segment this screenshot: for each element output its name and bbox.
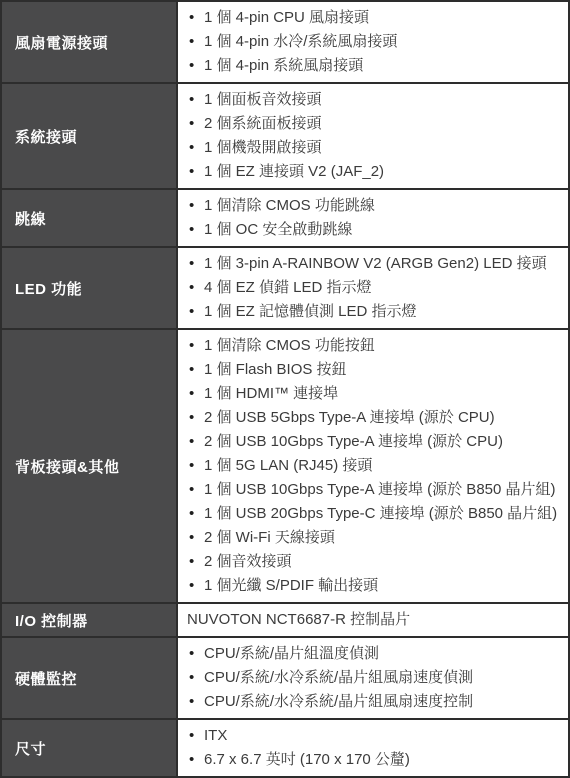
spec-row: 系統接頭•1 個面板音效接頭•2 個系統面板接頭•1 個機殼開啟接頭•1 個 E… — [1, 83, 569, 189]
spec-item: •CPU/系統/水冷系統/晶片組風扇速度控制 — [178, 690, 560, 714]
spec-item-text: 6.7 x 6.7 英吋 (170 x 170 公釐) — [204, 751, 410, 768]
spec-item: •1 個 4-pin 系統風扇接頭 — [178, 54, 560, 78]
spec-item-text: 1 個 Flash BIOS 按鈕 — [204, 361, 347, 378]
spec-item-list: •CPU/系統/晶片組溫度偵測•CPU/系統/水冷系統/晶片組風扇速度偵測•CP… — [178, 642, 560, 714]
bullet-icon: • — [189, 478, 194, 502]
spec-item-text: 2 個 USB 10Gbps Type-A 連接埠 (源於 CPU) — [204, 433, 503, 450]
bullet-icon: • — [189, 430, 194, 454]
spec-item: •1 個 USB 20Gbps Type-C 連接埠 (源於 B850 晶片組) — [178, 502, 560, 526]
spec-item: •1 個面板音效接頭 — [178, 88, 560, 112]
spec-item-text: 1 個光纖 S/PDIF 輸出接頭 — [204, 577, 378, 594]
spec-item-text: 1 個 OC 安全啟動跳線 — [204, 221, 352, 238]
bullet-icon: • — [189, 334, 194, 358]
spec-item-list: •ITX•6.7 x 6.7 英吋 (170 x 170 公釐) — [178, 724, 560, 772]
bullet-icon: • — [189, 406, 194, 430]
spec-item-text: 1 個 HDMI™ 連接埠 — [204, 385, 338, 402]
bullet-icon: • — [189, 358, 194, 382]
spec-row-label: 背板接頭&其他 — [1, 329, 177, 603]
bullet-icon: • — [189, 300, 194, 324]
spec-item-list: •1 個清除 CMOS 功能按鈕•1 個 Flash BIOS 按鈕•1 個 H… — [178, 334, 560, 598]
spec-item: •2 個音效接頭 — [178, 550, 560, 574]
spec-row-label: 硬體監控 — [1, 637, 177, 719]
spec-item-text: 2 個 Wi-Fi 天線接頭 — [204, 529, 335, 546]
spec-item: •2 個 Wi-Fi 天線接頭 — [178, 526, 560, 550]
bullet-icon: • — [189, 724, 194, 748]
spec-row: 跳線•1 個清除 CMOS 功能跳線•1 個 OC 安全啟動跳線 — [1, 189, 569, 247]
spec-row: 風扇電源接頭•1 個 4-pin CPU 風扇接頭•1 個 4-pin 水冷/系… — [1, 1, 569, 83]
spec-row-values: •1 個清除 CMOS 功能跳線•1 個 OC 安全啟動跳線 — [177, 189, 569, 247]
spec-row-values: •1 個 3-pin A-RAINBOW V2 (ARGB Gen2) LED … — [177, 247, 569, 329]
bullet-icon: • — [189, 502, 194, 526]
spec-row-values: •CPU/系統/晶片組溫度偵測•CPU/系統/水冷系統/晶片組風扇速度偵測•CP… — [177, 637, 569, 719]
bullet-icon: • — [189, 194, 194, 218]
spec-item-text: 4 個 EZ 偵錯 LED 指示燈 — [204, 279, 372, 296]
spec-item: •1 個機殼開啟接頭 — [178, 136, 560, 160]
spec-item-text: 1 個 EZ 連接頭 V2 (JAF_2) — [204, 163, 384, 180]
spec-row: 背板接頭&其他•1 個清除 CMOS 功能按鈕•1 個 Flash BIOS 按… — [1, 329, 569, 603]
spec-item-text: 2 個 USB 5Gbps Type-A 連接埠 (源於 CPU) — [204, 409, 495, 426]
spec-item-text: 1 個 USB 10Gbps Type-A 連接埠 (源於 B850 晶片組) — [204, 481, 556, 498]
spec-item: •1 個 HDMI™ 連接埠 — [178, 382, 560, 406]
spec-row-values: •1 個 4-pin CPU 風扇接頭•1 個 4-pin 水冷/系統風扇接頭•… — [177, 1, 569, 83]
spec-row-label: LED 功能 — [1, 247, 177, 329]
spec-row: I/O 控制器NUVOTON NCT6687-R 控制晶片 — [1, 603, 569, 637]
spec-item: •1 個 5G LAN (RJ45) 接頭 — [178, 454, 560, 478]
bullet-icon: • — [189, 276, 194, 300]
spec-item: •2 個系統面板接頭 — [178, 112, 560, 136]
bullet-icon: • — [189, 690, 194, 714]
spec-row-label: I/O 控制器 — [1, 603, 177, 637]
bullet-icon: • — [189, 112, 194, 136]
spec-row-values: •1 個清除 CMOS 功能按鈕•1 個 Flash BIOS 按鈕•1 個 H… — [177, 329, 569, 603]
spec-item-text: 2 個系統面板接頭 — [204, 115, 322, 132]
spec-item: •1 個 EZ 連接頭 V2 (JAF_2) — [178, 160, 560, 184]
spec-item: •1 個清除 CMOS 功能按鈕 — [178, 334, 560, 358]
spec-item-text: CPU/系統/晶片組溫度偵測 — [204, 645, 379, 662]
spec-row-values: •ITX•6.7 x 6.7 英吋 (170 x 170 公釐) — [177, 719, 569, 777]
spec-item-text: CPU/系統/水冷系統/晶片組風扇速度偵測 — [204, 669, 473, 686]
spec-item-text: 1 個 4-pin 系統風扇接頭 — [204, 57, 363, 74]
spec-item-list: •1 個清除 CMOS 功能跳線•1 個 OC 安全啟動跳線 — [178, 194, 560, 242]
bullet-icon: • — [189, 30, 194, 54]
spec-item: •ITX — [178, 724, 560, 748]
spec-item-text: 1 個 4-pin CPU 風扇接頭 — [204, 9, 369, 26]
bullet-icon: • — [189, 666, 194, 690]
spec-item-text: 2 個音效接頭 — [204, 553, 292, 570]
spec-row-label: 風扇電源接頭 — [1, 1, 177, 83]
bullet-icon: • — [189, 218, 194, 242]
spec-page: 風扇電源接頭•1 個 4-pin CPU 風扇接頭•1 個 4-pin 水冷/系… — [0, 0, 570, 778]
bullet-icon: • — [189, 526, 194, 550]
bullet-icon: • — [189, 454, 194, 478]
spec-item: •1 個 Flash BIOS 按鈕 — [178, 358, 560, 382]
bullet-icon: • — [189, 252, 194, 276]
bullet-icon: • — [189, 642, 194, 666]
spec-item: •4 個 EZ 偵錯 LED 指示燈 — [178, 276, 560, 300]
spec-item: •1 個光纖 S/PDIF 輸出接頭 — [178, 574, 560, 598]
spec-item: •6.7 x 6.7 英吋 (170 x 170 公釐) — [178, 748, 560, 772]
spec-item-text: 1 個面板音效接頭 — [204, 91, 322, 108]
spec-row-label: 系統接頭 — [1, 83, 177, 189]
spec-item-text: 1 個 4-pin 水冷/系統風扇接頭 — [204, 33, 397, 50]
spec-item: •CPU/系統/晶片組溫度偵測 — [178, 642, 560, 666]
spec-item: •1 個 3-pin A-RAINBOW V2 (ARGB Gen2) LED … — [178, 252, 560, 276]
spec-item: •1 個 4-pin CPU 風扇接頭 — [178, 6, 560, 30]
spec-item-list: •1 個 4-pin CPU 風扇接頭•1 個 4-pin 水冷/系統風扇接頭•… — [178, 6, 560, 78]
spec-row-values: •1 個面板音效接頭•2 個系統面板接頭•1 個機殼開啟接頭•1 個 EZ 連接… — [177, 83, 569, 189]
spec-item-text: ITX — [204, 727, 227, 744]
spec-item-list: •1 個面板音效接頭•2 個系統面板接頭•1 個機殼開啟接頭•1 個 EZ 連接… — [178, 88, 560, 184]
spec-item: •1 個清除 CMOS 功能跳線 — [178, 194, 560, 218]
spec-table-body: 風扇電源接頭•1 個 4-pin CPU 風扇接頭•1 個 4-pin 水冷/系… — [1, 1, 569, 777]
spec-row-label: 跳線 — [1, 189, 177, 247]
spec-item-text: 1 個 5G LAN (RJ45) 接頭 — [204, 457, 372, 474]
spec-item: •2 個 USB 5Gbps Type-A 連接埠 (源於 CPU) — [178, 406, 560, 430]
spec-row: 硬體監控•CPU/系統/晶片組溫度偵測•CPU/系統/水冷系統/晶片組風扇速度偵… — [1, 637, 569, 719]
motherboard-spec-table: 風扇電源接頭•1 個 4-pin CPU 風扇接頭•1 個 4-pin 水冷/系… — [0, 0, 570, 778]
bullet-icon: • — [189, 54, 194, 78]
bullet-icon: • — [189, 6, 194, 30]
spec-item-list: •1 個 3-pin A-RAINBOW V2 (ARGB Gen2) LED … — [178, 252, 560, 324]
bullet-icon: • — [189, 88, 194, 112]
spec-item-text: 1 個 EZ 記憶體偵測 LED 指示燈 — [204, 303, 417, 320]
spec-item: •1 個 USB 10Gbps Type-A 連接埠 (源於 B850 晶片組) — [178, 478, 560, 502]
spec-row: LED 功能•1 個 3-pin A-RAINBOW V2 (ARGB Gen2… — [1, 247, 569, 329]
spec-item-text: 1 個清除 CMOS 功能跳線 — [204, 197, 375, 214]
spec-row-values: NUVOTON NCT6687-R 控制晶片 — [177, 603, 569, 637]
spec-item-text: CPU/系統/水冷系統/晶片組風扇速度控制 — [204, 693, 473, 710]
bullet-icon: • — [189, 748, 194, 772]
spec-row: 尺寸•ITX•6.7 x 6.7 英吋 (170 x 170 公釐) — [1, 719, 569, 777]
spec-item-text: NUVOTON NCT6687-R 控制晶片 — [178, 608, 560, 632]
spec-item: •1 個 4-pin 水冷/系統風扇接頭 — [178, 30, 560, 54]
spec-item-text: 1 個 USB 20Gbps Type-C 連接埠 (源於 B850 晶片組) — [204, 505, 557, 522]
spec-row-label: 尺寸 — [1, 719, 177, 777]
spec-item: •2 個 USB 10Gbps Type-A 連接埠 (源於 CPU) — [178, 430, 560, 454]
bullet-icon: • — [189, 550, 194, 574]
bullet-icon: • — [189, 574, 194, 598]
spec-item: •1 個 OC 安全啟動跳線 — [178, 218, 560, 242]
spec-item-text: 1 個 3-pin A-RAINBOW V2 (ARGB Gen2) LED 接… — [204, 255, 547, 272]
bullet-icon: • — [189, 160, 194, 184]
spec-item-text: 1 個清除 CMOS 功能按鈕 — [204, 337, 375, 354]
spec-item: •CPU/系統/水冷系統/晶片組風扇速度偵測 — [178, 666, 560, 690]
bullet-icon: • — [189, 382, 194, 406]
spec-item: •1 個 EZ 記憶體偵測 LED 指示燈 — [178, 300, 560, 324]
spec-item-text: 1 個機殼開啟接頭 — [204, 139, 322, 156]
bullet-icon: • — [189, 136, 194, 160]
